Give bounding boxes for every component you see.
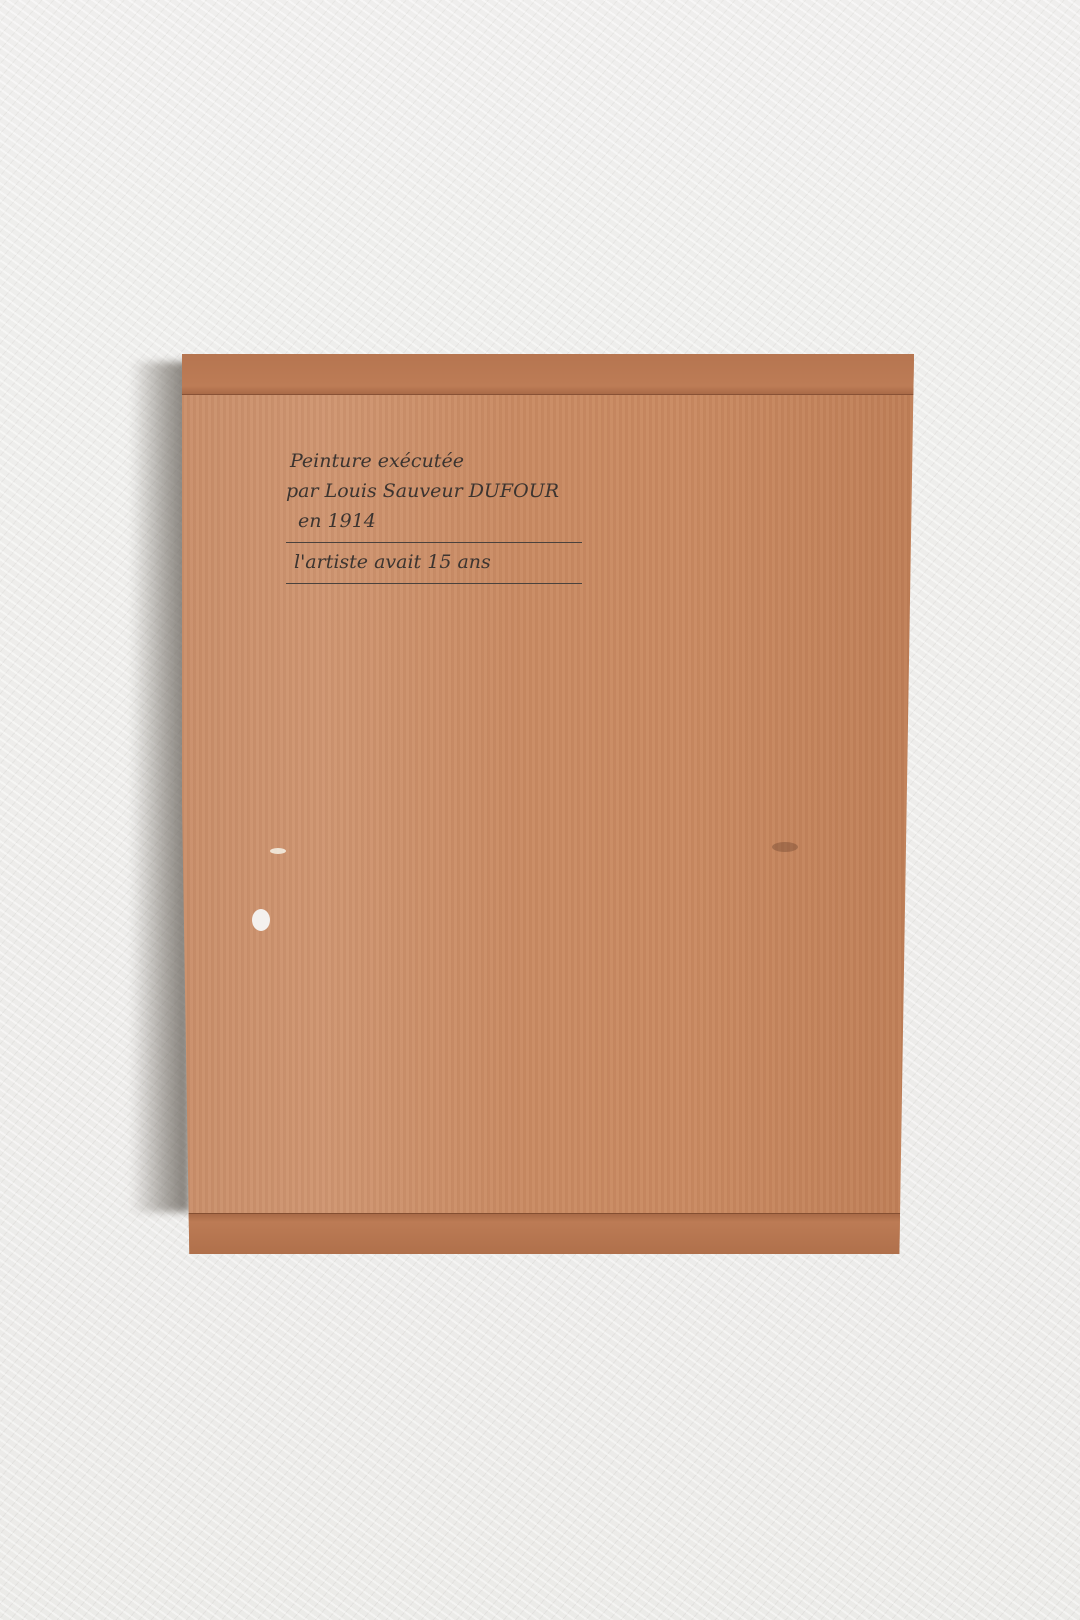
- white-paint-fleck: [252, 909, 270, 931]
- inscription-line-1: Peinture exécutée: [286, 446, 586, 476]
- inscription-rule-top: [286, 542, 582, 543]
- panel-shadow: [130, 362, 190, 1212]
- panel-top-edge-band: [182, 354, 914, 395]
- inscription-line-3: en 1914: [286, 506, 586, 536]
- white-paint-chip: [270, 848, 286, 854]
- panel-bottom-edge-band: [182, 1213, 914, 1254]
- inscription-line-2: par Louis Sauveur DUFOUR: [286, 476, 586, 506]
- wooden-panel-back: Peinture exécutée par Louis Sauveur DUFO…: [182, 354, 914, 1254]
- dark-wood-stain: [772, 842, 798, 852]
- handwritten-inscription: Peinture exécutée par Louis Sauveur DUFO…: [286, 446, 586, 588]
- inscription-line-4: l'artiste avait 15 ans: [286, 547, 586, 577]
- inscription-rule-bottom: [286, 583, 582, 584]
